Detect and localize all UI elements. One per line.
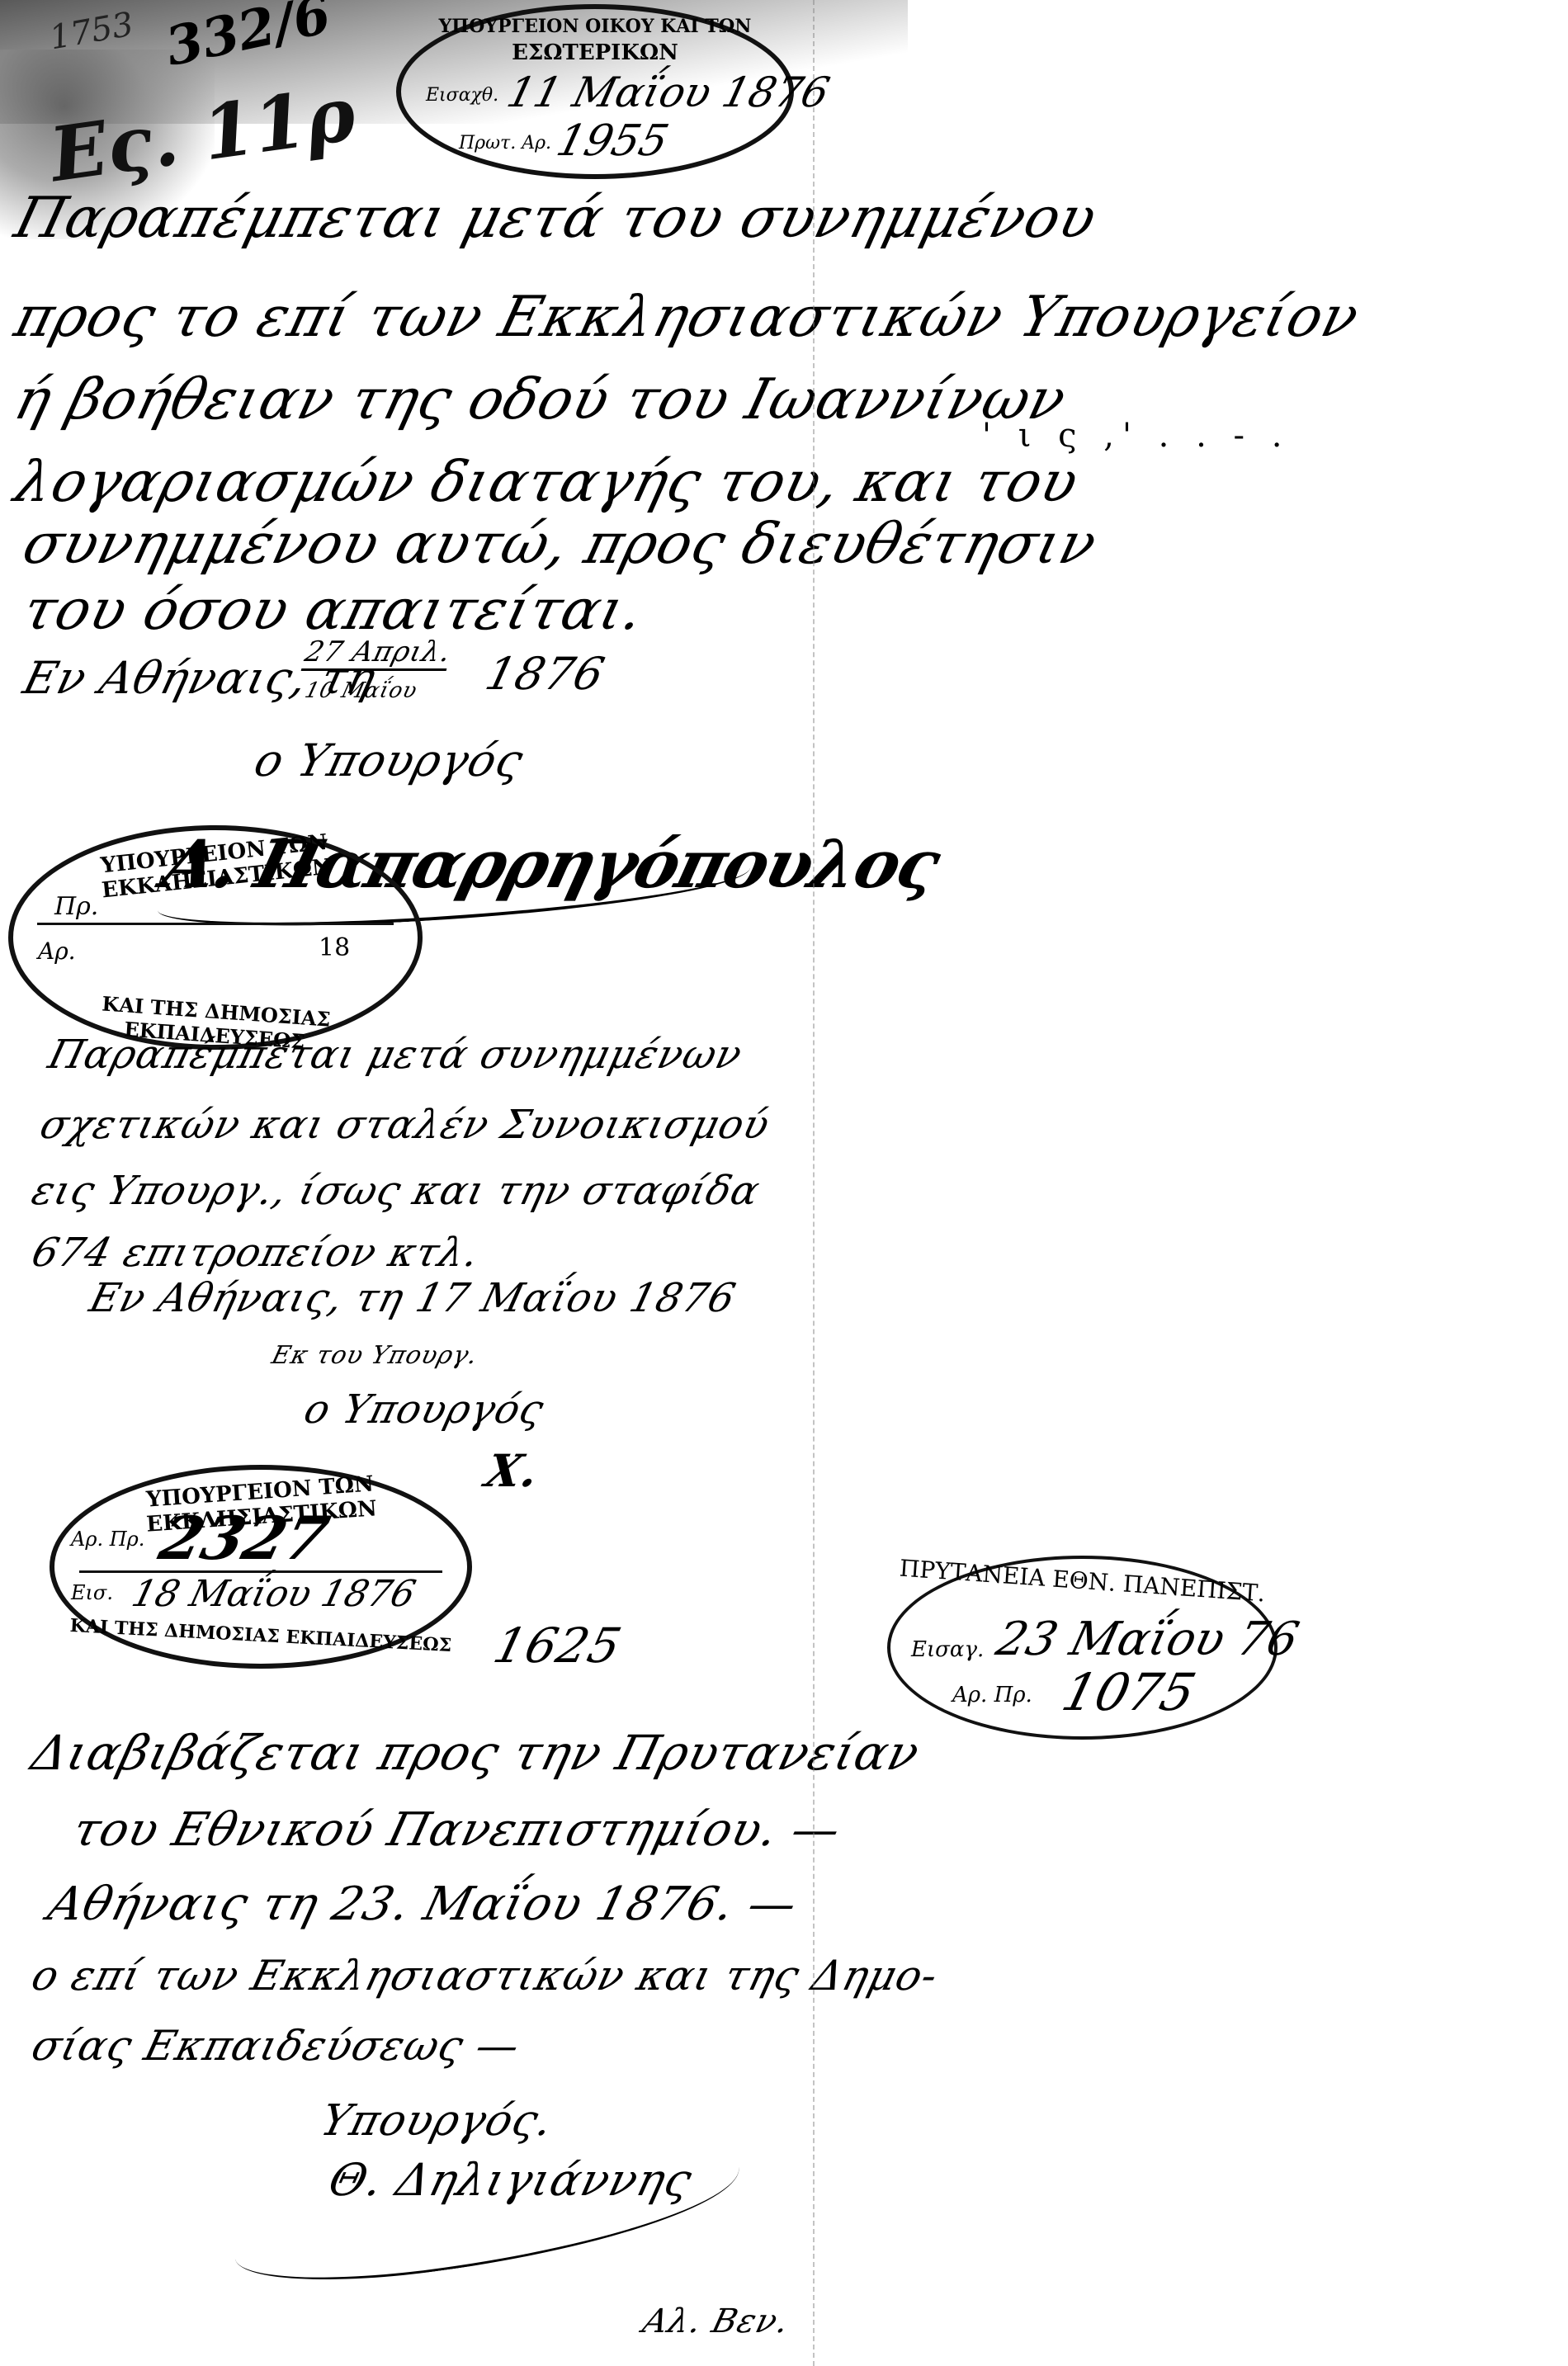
third-note-line-5: σίας Εκπαιδεύσεως — [27,2022,525,2070]
third-note-line-1: Διαβιβάζεται προς την Πρυτανείαν [26,1725,926,1781]
stamp-field-2-label: Αρ. [38,937,76,965]
stamp-text-middle: ΕΣΩΤΕΡΙΚΩΝ [401,40,789,65]
letter-date-old: 27 Απριλ. [301,635,455,671]
stamp-date-value: 11 Μαΐου 1876 [503,68,834,116]
second-note-line-3: εις Υπουργ., ίσως και την σταφίδα [27,1168,765,1214]
letter-line-4: λογαριασμών διαταγής του, και του [8,450,1085,515]
document-page: 1753 332/6 Ες. 11ρ ΥΠΟΥΡΓΕΙΟΝ ΟΙΚΟΥ ΚΑΙ … [0,0,825,2366]
third-note-line-4: ο επί των Εκκλησιαστικών και της Δημο- [27,1952,943,2000]
stamp-interior-ministry: ΥΠΟΥΡΓΕΙΟΝ ΟΙΚΟΥ ΚΑΙ ΤΩΝ ΕΣΩΤΕΡΙΚΩΝ Εισα… [396,4,794,179]
stamp-date-value: 18 Μαΐου 1876 [128,1573,420,1615]
second-note-line-1: Παραπέμπεται μετά συνημμένων [44,1032,747,1078]
third-note-title: Υπουργός. [316,2096,559,2146]
stamp-date-label: Εισ. [71,1581,113,1604]
second-note-date: Εν Αθήναις, τη 17 Μαΐου 1876 [85,1275,740,1321]
second-note-title-1: Εκ του Υπουργ. [269,1341,481,1370]
stamp-number-value: 1955 [552,116,673,166]
stamp-date-label: Εισαγ. [911,1637,984,1662]
stamp-divider [37,923,393,925]
stamp-field-1-label: Πρ. [54,892,98,921]
stamp-text-top: ΠΡΥΤΑΝΕΙΑ ΕΘΝ. ΠΑΝΕΠΙΣΤ. [890,1554,1274,1608]
letter-line-5: συνημμένου αυτώ, προς διευθέτησιν [17,512,1103,577]
stamp-university: ΠΡΥΤΑΝΕΙΑ ΕΘΝ. ΠΑΝΕΠΙΣΤ. Εισαγ. 23 Μαΐου… [887,1556,1278,1740]
stamp-field-2-value: 18 [319,933,350,962]
stamp-number-label: Αρ. Πρ. [71,1528,144,1551]
sender-title: ο Υπουργός [249,734,529,786]
letter-line-3: ή βοήθειαν της οδού του Ιωαννίνων [8,367,1073,432]
letter-date-year: 1876 [480,648,610,700]
second-note-line-4: 674 επιτροπείον κτλ. [27,1230,484,1276]
stamp-number-value: 1075 [1056,1662,1202,1722]
letter-line-2: προς το επί των Εκκλησιαστικών Υπουργείο… [8,285,1366,350]
third-note-line-3: Αθήναις τη 23. Μαΐου 1876. — [43,1877,803,1931]
signature-2: Χ. [480,1444,545,1497]
right-margin-marks: ' ι ς ,' . . - . [982,417,1290,455]
page-fold-line [813,0,816,2366]
stamp-number-label: Αρ. Πρ. [952,1683,1032,1707]
letter-line-1: Παραπέμπεται μετά του συνημμένου [8,186,1103,251]
stamp-ecclesiastical-2: ΥΠΟΥΡΓΕΙΟΝ ΤΩΝ ΕΚΚΛΗΣΙΑΣΤΙΚΩΝ Αρ. Πρ. 23… [50,1465,472,1669]
signature-flourish-3 [226,2127,747,2298]
letter-line-6: του όσου απαιτείται. [17,578,650,643]
third-note-line-2: του Εθνικού Πανεπιστημίου. — [68,1803,847,1857]
margin-number: 1625 [489,1617,628,1674]
stamp-number-value: 2327 [153,1503,336,1573]
stamp-ecclesiastical-1: ΥΠΟΥΡΓΕΙΟΝ ΤΩΝ ΕΚΚΛΗΣΙΑΣΤΙΚΩΝ Πρ. Αρ. 18… [8,825,423,1050]
second-note-line-2: σχετικών και σταλέν Συνοικισμού [35,1102,775,1148]
stamp-date-label: Εισαχθ. [426,85,498,106]
stamp-text-top: ΥΠΟΥΡΓΕΙΟΝ ΟΙΚΟΥ ΚΑΙ ΤΩΝ [401,16,789,37]
second-note-title-2: ο Υπουργός [300,1386,549,1433]
letter-date-new: 10 Μαΐου [302,678,420,703]
stamp-number-label: Πρωτ. Αρ. [459,133,551,153]
bottom-initials: Αλ. Βεν. [639,2302,793,2340]
stamp-date-value: 23 Μαΐου 76 [991,1613,1304,1666]
stamp-text-bottom: ΚΑΙ ΤΗΣ ΔΗΜΟΣΙΑΣ ΕΚΠΑΙΔΕΥΣΕΩΣ [54,1614,468,1657]
